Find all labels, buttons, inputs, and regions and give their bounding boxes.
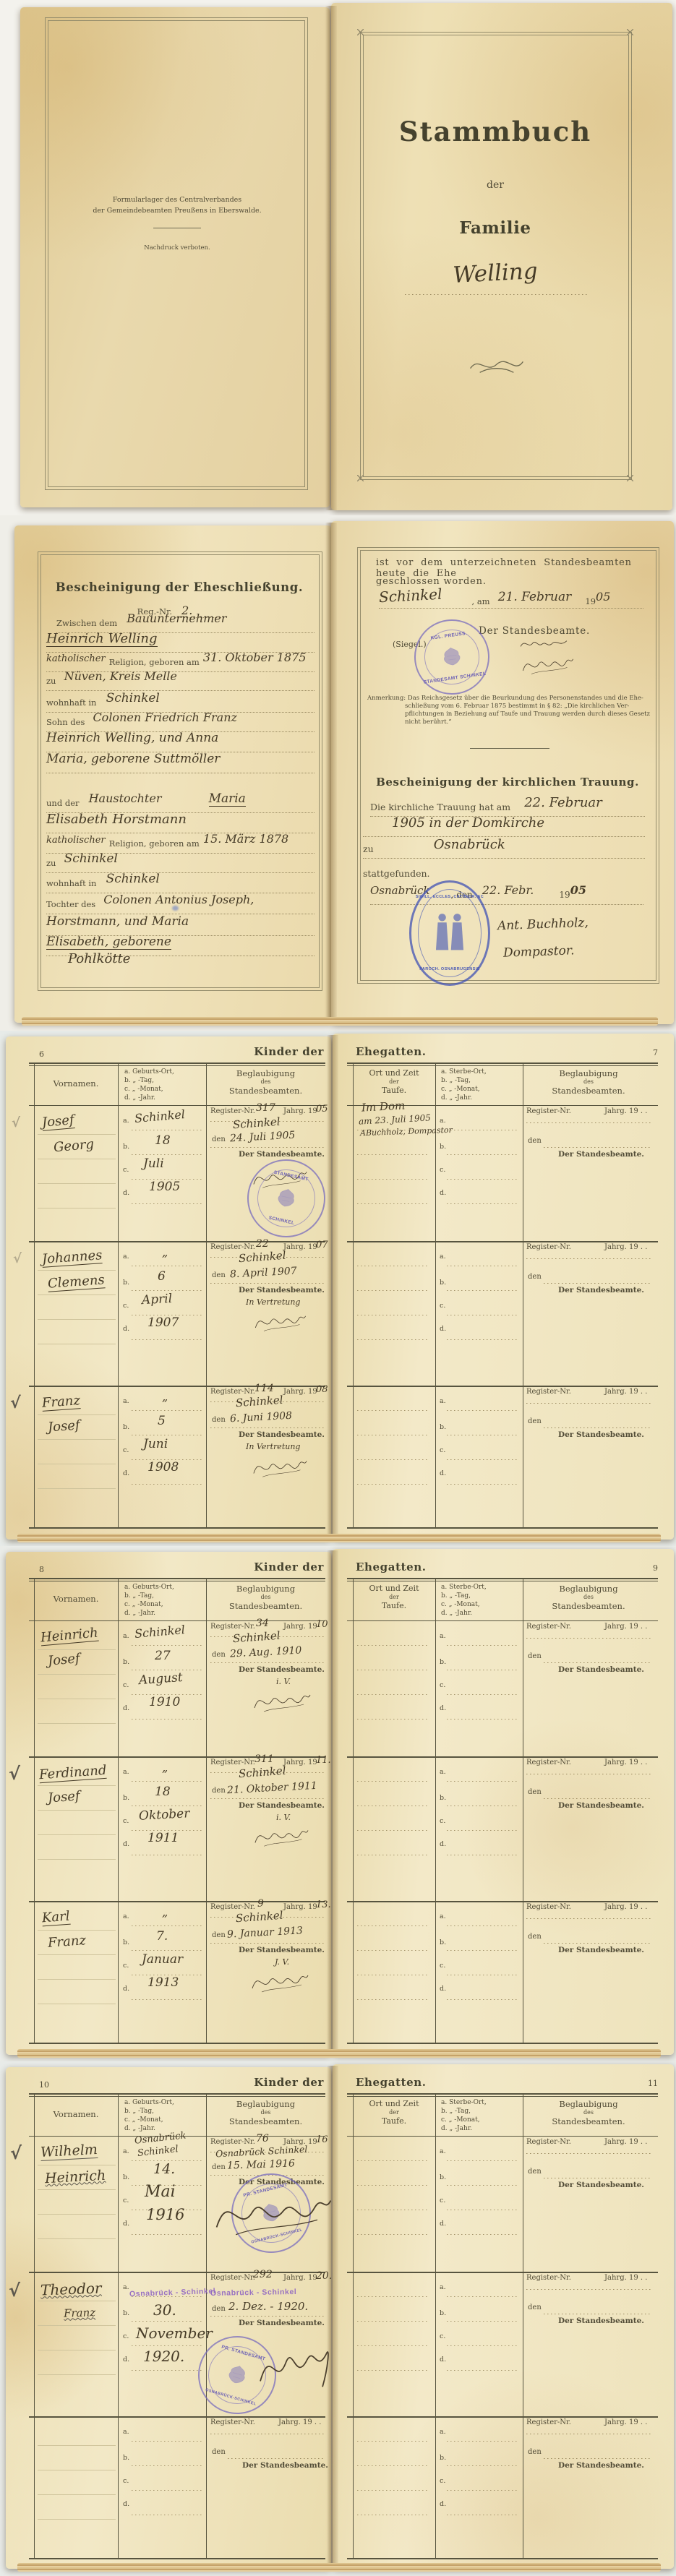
church-line-1: Die kirchliche Trauung hat am 22. Februa… xyxy=(370,799,645,817)
a-label: a. xyxy=(123,1632,129,1640)
col-header-beglaubigung-3: Standesbeamten. xyxy=(206,2116,325,2126)
church-line-2: 1905 in der Domkirche xyxy=(363,819,645,837)
a-label: a. xyxy=(440,1632,446,1640)
anmerkung-block: Anmerkung: Das Reichsgesetz über die Beu… xyxy=(367,695,656,726)
officer-label: Der Standesbeamte. xyxy=(239,1946,325,1954)
d-label: d. xyxy=(440,1189,446,1197)
b-label: b. xyxy=(440,2309,446,2317)
jahrg-blank-label: Jahrg. 19 . . xyxy=(604,1388,647,1396)
jahrg-value: 07 xyxy=(316,1240,328,1250)
birth-year: 1910 xyxy=(149,1695,180,1709)
birth-month: April xyxy=(142,1292,173,1308)
in-vertretung-note: In Vertretung xyxy=(246,1297,300,1307)
dotted-line xyxy=(526,2289,652,2290)
ruled-lines xyxy=(38,2421,116,2522)
register-value: 311 xyxy=(254,1753,274,1765)
cert-date: 2. Dez. - 1920. xyxy=(228,2300,308,2313)
ink-blot xyxy=(172,906,179,911)
in-vertretung-note: i. V. xyxy=(276,1813,291,1822)
col-header-birth-d: d. „ -Jahr. xyxy=(124,1094,155,1102)
groom-birthplace: Nüven, Kreis Melle xyxy=(64,669,177,683)
register-value: 292 xyxy=(253,2269,273,2280)
anmerkung-line: nicht berührt.“ xyxy=(405,718,656,726)
b-label: b. xyxy=(440,1143,446,1151)
in-vertretung-note: In Vertretung xyxy=(246,1442,300,1451)
birth-year: 1908 xyxy=(147,1460,179,1474)
a-label: a. xyxy=(123,1768,129,1776)
c-label: c. xyxy=(440,1681,445,1689)
page-number-right: 9 xyxy=(643,1563,658,1573)
birth-day: 14. xyxy=(153,2161,175,2177)
ornament xyxy=(466,353,527,377)
ruled-lines xyxy=(38,1905,116,2006)
jahrg-value: 20. xyxy=(316,2270,332,2282)
two-saints-icon xyxy=(431,911,469,956)
dotted-line xyxy=(544,1427,652,1428)
zu-label: zu xyxy=(363,843,374,854)
col-header-beglaubigung-2: des xyxy=(206,1594,325,1600)
officer-label: Der Standesbeamte. xyxy=(558,2317,644,2325)
birth-year: 1907 xyxy=(147,1315,179,1330)
ruled-lines xyxy=(38,1625,116,1726)
a-label: a. xyxy=(123,1912,129,1920)
a-label: a. xyxy=(123,1253,129,1261)
jahrg-blank-label: Jahrg. 19 . . xyxy=(604,1903,647,1911)
groom-name: Heinrich Welling xyxy=(46,631,158,647)
pencil-check: √ xyxy=(12,1115,20,1130)
den-label: den xyxy=(212,2305,226,2313)
register-value: 317 xyxy=(256,1102,275,1114)
birth-day: 30. xyxy=(153,2301,176,2319)
den-label: den xyxy=(528,2448,542,2456)
col-header-beglaubigung-1: Beglaubigung xyxy=(523,1068,654,1078)
dotted-line xyxy=(526,1122,652,1123)
civil-date: 21. Februar xyxy=(498,590,572,604)
dotted-line xyxy=(210,1427,324,1428)
c-label: c. xyxy=(123,2197,129,2204)
birth-month: Mai xyxy=(145,2183,176,2201)
book-spine xyxy=(327,1035,338,1540)
dotted-line xyxy=(526,1258,652,1259)
form-line: zu Nüven, Kreis Melle xyxy=(46,673,315,691)
stammbuch-scan: Formularlager des Centralverbandes der G… xyxy=(0,0,676,2576)
register-label: Register-Nr. xyxy=(210,2138,255,2146)
col-header-death-c: c. „ -Monat, xyxy=(441,1601,480,1608)
section-children-2: 8 Kinder der Ehegatten. 9 Vornamen. a. G… xyxy=(0,1546,676,2061)
col-header-death-b: b. „ -Tag, xyxy=(441,1592,471,1600)
page-stack-edge xyxy=(22,1017,658,1026)
d-label: d. xyxy=(123,1704,129,1712)
anmerkung-line: pflichtungen in Beziehung auf Taufe und … xyxy=(405,710,656,718)
bride-birthdate: 15. März 1878 xyxy=(203,832,288,846)
cell-dotted-lines xyxy=(357,1901,429,2002)
col-header-birth-a: a. Geburts-Ort, xyxy=(124,1584,174,1591)
col-header-taufe-1: Ort und Zeit xyxy=(353,2099,435,2108)
bride-father-line4: Pohlkötte xyxy=(68,951,130,966)
c-label: c. xyxy=(123,2332,129,2340)
col-header-death-d: d. „ -Jahr. xyxy=(441,2125,472,2132)
jahrg-blank-label: Jahrg. 19 . . xyxy=(278,2418,321,2426)
year-handwritten: 05 xyxy=(596,590,610,604)
d-label: d. xyxy=(123,1985,129,1993)
col-header-death-d: d. „ -Jahr. xyxy=(441,1094,472,1102)
den-label: den xyxy=(528,1652,542,1660)
cell-dotted-lines xyxy=(357,2416,429,2517)
dotted-line xyxy=(544,1147,652,1148)
jahrg-blank-label: Jahrg. 19 . . xyxy=(604,1243,647,1251)
den-label: den xyxy=(212,1135,226,1143)
page-stack-edge xyxy=(17,2049,661,2058)
officer-label: Der Standesbeamte. xyxy=(239,1430,325,1439)
eagle-emblem-icon xyxy=(438,643,466,671)
den-label: den xyxy=(528,2168,542,2176)
c-label: c. xyxy=(440,1962,445,1970)
birth-month: November xyxy=(136,2324,213,2342)
d-label: d. xyxy=(123,2356,129,2364)
birth-day: 18 xyxy=(155,1133,171,1148)
cell-dotted-lines xyxy=(447,1241,518,1342)
d-label: d. xyxy=(123,2500,129,2508)
in-vertretung-note: J. V. xyxy=(275,1957,289,1967)
col-header-death-a: a. Sterbe-Ort, xyxy=(441,1068,487,1076)
book-spine xyxy=(325,523,337,1024)
b-label: b. xyxy=(440,1939,446,1946)
section-children-3: 10 Kinder der Ehegatten. 11 Vornamen. a.… xyxy=(0,2061,676,2576)
d-label: d. xyxy=(123,1840,129,1848)
jahrg-label: Jahrg. 19 xyxy=(283,1243,317,1251)
jahrg-blank-label: Jahrg. 19 . . xyxy=(604,1759,647,1766)
b-label: b. xyxy=(440,1279,446,1287)
col-header-taufe-2: der xyxy=(353,1078,435,1085)
den-label: den xyxy=(528,1273,542,1281)
c-label: c. xyxy=(123,1817,129,1825)
ruled-lines xyxy=(38,2276,116,2377)
register-label: Register-Nr. xyxy=(210,1107,255,1115)
col-header-birth-d: d. „ -Jahr. xyxy=(124,1610,155,1617)
birth-place-ditto: „ xyxy=(162,1390,168,1404)
imprint-note: Nachdruck verboten. xyxy=(69,244,286,252)
imprint-line-1: Formularlager des Centralverbandes xyxy=(69,196,286,204)
cell-dotted-lines xyxy=(357,2136,429,2237)
birth-day: 18 xyxy=(155,1785,171,1799)
officer-label: Der Standesbeamte. xyxy=(239,1665,325,1674)
a-label: a. xyxy=(440,1768,446,1776)
register-label: Register-Nr. xyxy=(526,1903,571,1911)
church-line-3: zu Osnabrück xyxy=(363,841,645,859)
d-label: d. xyxy=(440,2220,446,2228)
register-label: Register-Nr. xyxy=(526,2418,571,2426)
b-label: b. xyxy=(123,1279,129,1287)
in-vertretung-note: i. V. xyxy=(276,1677,291,1686)
page-number-left: 6 xyxy=(39,1049,44,1059)
col-header-beglaubigung-2: des xyxy=(206,1078,325,1085)
form-line: Pohlkötte xyxy=(46,955,315,972)
signature-scribble xyxy=(495,651,600,677)
jahrg-value: 16 xyxy=(316,2134,328,2145)
jahrg-blank-label: Jahrg. 19 . . xyxy=(604,2274,647,2282)
register-value: 114 xyxy=(254,1383,274,1394)
wohnhaft-label: wohnhaft in xyxy=(46,878,96,888)
den-label: den xyxy=(528,1137,542,1145)
col-header-taufe-3: Taufe. xyxy=(353,2116,435,2126)
cell-dotted-lines xyxy=(447,2272,518,2373)
b-label: b. xyxy=(123,1658,129,1666)
d-label: d. xyxy=(440,1325,446,1333)
col-header-birth-a: a. Geburts-Ort, xyxy=(124,1068,174,1076)
officer-label: Der Standesbeamte. xyxy=(239,1286,325,1295)
church-line1-label: Die kirchliche Trauung hat am xyxy=(370,802,510,812)
running-head-right: Ehegatten. xyxy=(356,1560,427,1573)
col-header-taufe-1: Ort und Zeit xyxy=(353,1584,435,1593)
jahrg-label: Jahrg. 19 xyxy=(283,1623,317,1631)
col-header-beglaubigung-2: des xyxy=(523,1594,654,1600)
form-line: Horstmann, und Maria xyxy=(46,918,315,936)
page-number-left: 10 xyxy=(39,2080,49,2090)
jahrg-value: 11. xyxy=(316,1755,331,1766)
dotted-line xyxy=(210,1283,324,1284)
birth-month: August xyxy=(138,1670,183,1688)
frame-corner-ornament xyxy=(357,29,364,35)
name-baseline xyxy=(405,294,587,295)
birth-month: Januar xyxy=(142,1952,183,1967)
d-label: d. xyxy=(440,1469,446,1477)
register-value: 34 xyxy=(256,1618,269,1629)
col-header-death-d: d. „ -Jahr. xyxy=(441,1610,472,1617)
officer-label: Der Standesbeamte. xyxy=(239,1801,325,1810)
b-label: b. xyxy=(123,1143,129,1151)
dotted-line xyxy=(544,2314,652,2314)
birth-day: 6 xyxy=(158,1269,166,1284)
register-label: Register-Nr. xyxy=(210,2418,255,2426)
signature-scribble xyxy=(237,1453,322,1480)
bride-name-2: Elisabeth Horstmann xyxy=(46,812,187,827)
c-label: c. xyxy=(123,1302,129,1310)
officer-label: Der Standesbeamte. xyxy=(558,1665,644,1674)
d-label: d. xyxy=(440,2500,446,2508)
cell-dotted-lines xyxy=(447,1620,518,1722)
col-header-taufe-1: Ort und Zeit xyxy=(353,1068,435,1078)
den-label: den xyxy=(212,2163,226,2171)
signature-scribble xyxy=(239,1308,322,1334)
ruled-lines xyxy=(38,1109,116,1211)
cell-dotted-lines xyxy=(132,2416,202,2517)
page-number-right: 11 xyxy=(641,2079,658,2088)
cell-dotted-lines xyxy=(357,1241,429,1342)
undder-label: und der xyxy=(46,798,80,808)
register-label: Register-Nr. xyxy=(210,1623,255,1631)
cell-dotted-lines xyxy=(447,1901,518,2002)
officer-label: Der Standesbeamte. xyxy=(558,1946,644,1954)
bride-residence: Schinkel xyxy=(106,872,160,886)
b-label: b. xyxy=(123,2454,129,2462)
birth-year: 1911 xyxy=(147,1831,179,1845)
col-header-birth-a: a. Geburts-Ort, xyxy=(124,2099,174,2106)
cover-familie: Familie xyxy=(361,218,629,238)
cert-date: 15. Mai 1916 xyxy=(227,2158,295,2171)
pencil-check: √ xyxy=(10,1394,21,1412)
form-line: Heinrich Welling, und Anna xyxy=(46,734,315,752)
col-header-beglaubigung-3: Standesbeamten. xyxy=(206,1086,325,1096)
officer-label: Der Standesbeamte. xyxy=(558,1286,644,1295)
ruled-lines xyxy=(38,1761,116,1862)
imprint-line-2: der Gemeindebeamten Preußens in Eberswal… xyxy=(69,207,286,215)
form-line: zu Schinkel xyxy=(46,855,315,873)
col-header-vornamen: Vornamen. xyxy=(34,1594,118,1604)
cover-der: der xyxy=(361,179,629,191)
den-label: den xyxy=(212,1271,226,1279)
running-head-left: Kinder der xyxy=(181,1045,324,1058)
officer-label: Der Standesbeamte. xyxy=(558,1150,644,1159)
church-signature-title: Dompastor. xyxy=(503,943,575,960)
religion-label: Religion, geboren am xyxy=(109,657,200,667)
col-header-beglaubigung-2: des xyxy=(523,1078,654,1085)
den-label: den xyxy=(528,1933,542,1941)
section-divider xyxy=(470,748,549,749)
col-header-birth-b: b. „ -Tag, xyxy=(124,1077,154,1084)
col-header-death-c: c. „ -Monat, xyxy=(441,1086,480,1093)
jahrg-label: Jahrg. 19 xyxy=(283,1903,317,1911)
eagle-emblem-icon xyxy=(272,1184,301,1213)
zu-label: zu xyxy=(46,858,56,868)
b-label: b. xyxy=(123,1794,129,1802)
running-head-right: Ehegatten. xyxy=(356,2076,427,2089)
form-line: Elisabeth Horstmann xyxy=(46,815,315,833)
b-label: b. xyxy=(123,1939,129,1946)
col-header-beglaubigung-3: Standesbeamten. xyxy=(206,1601,325,1611)
dotted-line xyxy=(526,1774,652,1774)
d-label: d. xyxy=(123,1189,129,1197)
dotted-line xyxy=(210,1798,324,1799)
groom-occupation: Bauunternehmer xyxy=(127,611,226,625)
officer-label: Der Standesbeamte. xyxy=(242,2461,328,2470)
pencil-check: √ xyxy=(9,2280,20,2301)
wohnhaft-label: wohnhaft in xyxy=(46,697,96,708)
b-label: b. xyxy=(440,2173,446,2181)
dotted-line xyxy=(210,1147,324,1148)
dotted-line xyxy=(526,1638,652,1639)
church-sig-date: 22. Febr. xyxy=(482,883,534,897)
bride-status: Haustochter xyxy=(89,791,162,805)
dotted-line xyxy=(526,2434,652,2434)
bride-name-1: Maria xyxy=(209,791,246,807)
dotted-line xyxy=(210,1662,324,1663)
d-label: d. xyxy=(123,1325,129,1333)
bride-father-line2: Horstmann, und Maria xyxy=(46,914,189,929)
c-label: c. xyxy=(440,1166,445,1174)
jahrg-blank-label: Jahrg. 19 . . xyxy=(604,1107,647,1115)
groom-birthdate: 31. Oktober 1875 xyxy=(203,651,307,664)
dotted-line xyxy=(544,1943,652,1944)
cell-dotted-lines xyxy=(357,1386,429,1487)
year-handwritten: 05 xyxy=(570,883,586,897)
col-header-birth-b: b. „ -Tag, xyxy=(124,2108,154,2115)
zwischen-label: Zwischen dem xyxy=(56,618,117,628)
dotted-line xyxy=(210,2316,324,2317)
groom-father-line2: Heinrich Welling, und Anna xyxy=(46,731,218,745)
bride-father-line1: Colonen Antonius Joseph, xyxy=(103,893,254,906)
den-label: den xyxy=(528,2304,542,2311)
jahrg-value: 10 xyxy=(316,1619,328,1630)
signature-scribble xyxy=(239,1686,325,1715)
jahrg-blank-label: Jahrg. 19 . . xyxy=(604,2418,647,2426)
c-label: c. xyxy=(123,1446,129,1454)
col-header-beglaubigung-1: Beglaubigung xyxy=(206,1068,325,1078)
cell-dotted-lines xyxy=(357,2272,429,2373)
bride-religion: katholischer xyxy=(46,835,106,846)
jahrg-blank-label: Jahrg. 19 . . xyxy=(604,2138,647,2146)
birth-day: 5 xyxy=(158,1414,166,1428)
den-label: den xyxy=(528,1417,542,1425)
col-header-birth-d: d. „ -Jahr. xyxy=(124,2125,155,2132)
register-label: Register-Nr. xyxy=(526,1388,571,1396)
register-label: Register-Nr. xyxy=(526,2138,571,2146)
a-label: a. xyxy=(440,2147,446,2155)
a-label: a. xyxy=(440,2428,446,2436)
a-label: a. xyxy=(123,2147,129,2155)
cell-dotted-lines xyxy=(357,1620,429,1722)
jahrg-value: 05 xyxy=(316,1104,328,1115)
officer-label: Der Standesbeamte. xyxy=(558,1430,644,1439)
birth-day: 7. xyxy=(156,1929,168,1944)
b-label: b. xyxy=(440,1423,446,1431)
c-label: c. xyxy=(440,2477,445,2485)
imprint-divider xyxy=(153,228,201,228)
page-number-right: 7 xyxy=(643,1048,658,1057)
tochter-label: Tochter des xyxy=(46,899,95,909)
c-label: c. xyxy=(440,1446,445,1454)
stamp-ring-text-bottom: PAROCH. OSNABRUGENSIS xyxy=(411,967,488,971)
d-label: d. xyxy=(440,1840,446,1848)
c-label: c. xyxy=(123,1166,129,1174)
signature-scribble xyxy=(213,2183,333,2242)
church-heading: Bescheinigung der kirchlichen Trauung. xyxy=(357,776,658,789)
col-header-beglaubigung-1: Beglaubigung xyxy=(206,1584,325,1594)
section-marriage: Bescheinigung der Eheschließung. Reg.-Nr… xyxy=(0,515,676,1031)
book-spine xyxy=(325,6,337,510)
cell-dotted-lines xyxy=(447,1105,518,1206)
cover-title: Stammbuch xyxy=(361,116,629,147)
officer-label: Der Standesbeamte. xyxy=(239,2319,325,2327)
den-label: den xyxy=(212,2448,226,2456)
c-label: c. xyxy=(440,1817,445,1825)
col-header-birth-c: c. „ -Monat, xyxy=(124,1086,163,1093)
dotted-line xyxy=(526,2153,652,2154)
running-head-right: Ehegatten. xyxy=(356,1045,427,1058)
col-header-taufe-2: der xyxy=(353,1594,435,1600)
dotted-line xyxy=(526,1403,652,1404)
register-label: Register-Nr. xyxy=(526,1759,571,1766)
den-label: den xyxy=(212,1651,226,1659)
b-label: b. xyxy=(440,1658,446,1666)
den-label: den xyxy=(212,1787,226,1795)
col-header-death-a: a. Sterbe-Ort, xyxy=(441,1584,487,1591)
stattgefunden-label: stattgefunden. xyxy=(363,868,430,879)
book-spine xyxy=(327,1550,338,2055)
col-header-beglaubigung-1: Beglaubigung xyxy=(206,2099,325,2109)
d-label: d. xyxy=(440,2356,446,2364)
col-header-death-a: a. Sterbe-Ort, xyxy=(441,2099,487,2106)
place-line-stamp: Osnabrück - Schinkel xyxy=(210,2288,297,2298)
a-label: a. xyxy=(123,1397,129,1405)
c-label: c. xyxy=(123,2477,129,2485)
civil-date-line: Schinkel , am 21. Februar 1905 xyxy=(379,591,643,609)
col-header-birth-b: b. „ -Tag, xyxy=(124,1592,154,1600)
dotted-line xyxy=(544,1283,652,1284)
col-header-death-b: b. „ -Tag, xyxy=(441,2108,471,2115)
b-label: b. xyxy=(123,2309,129,2317)
anmerkung-line: schließung vom 6. Februar 1875 bestimmt … xyxy=(405,703,656,710)
register-label: Register-Nr. xyxy=(210,1388,255,1396)
